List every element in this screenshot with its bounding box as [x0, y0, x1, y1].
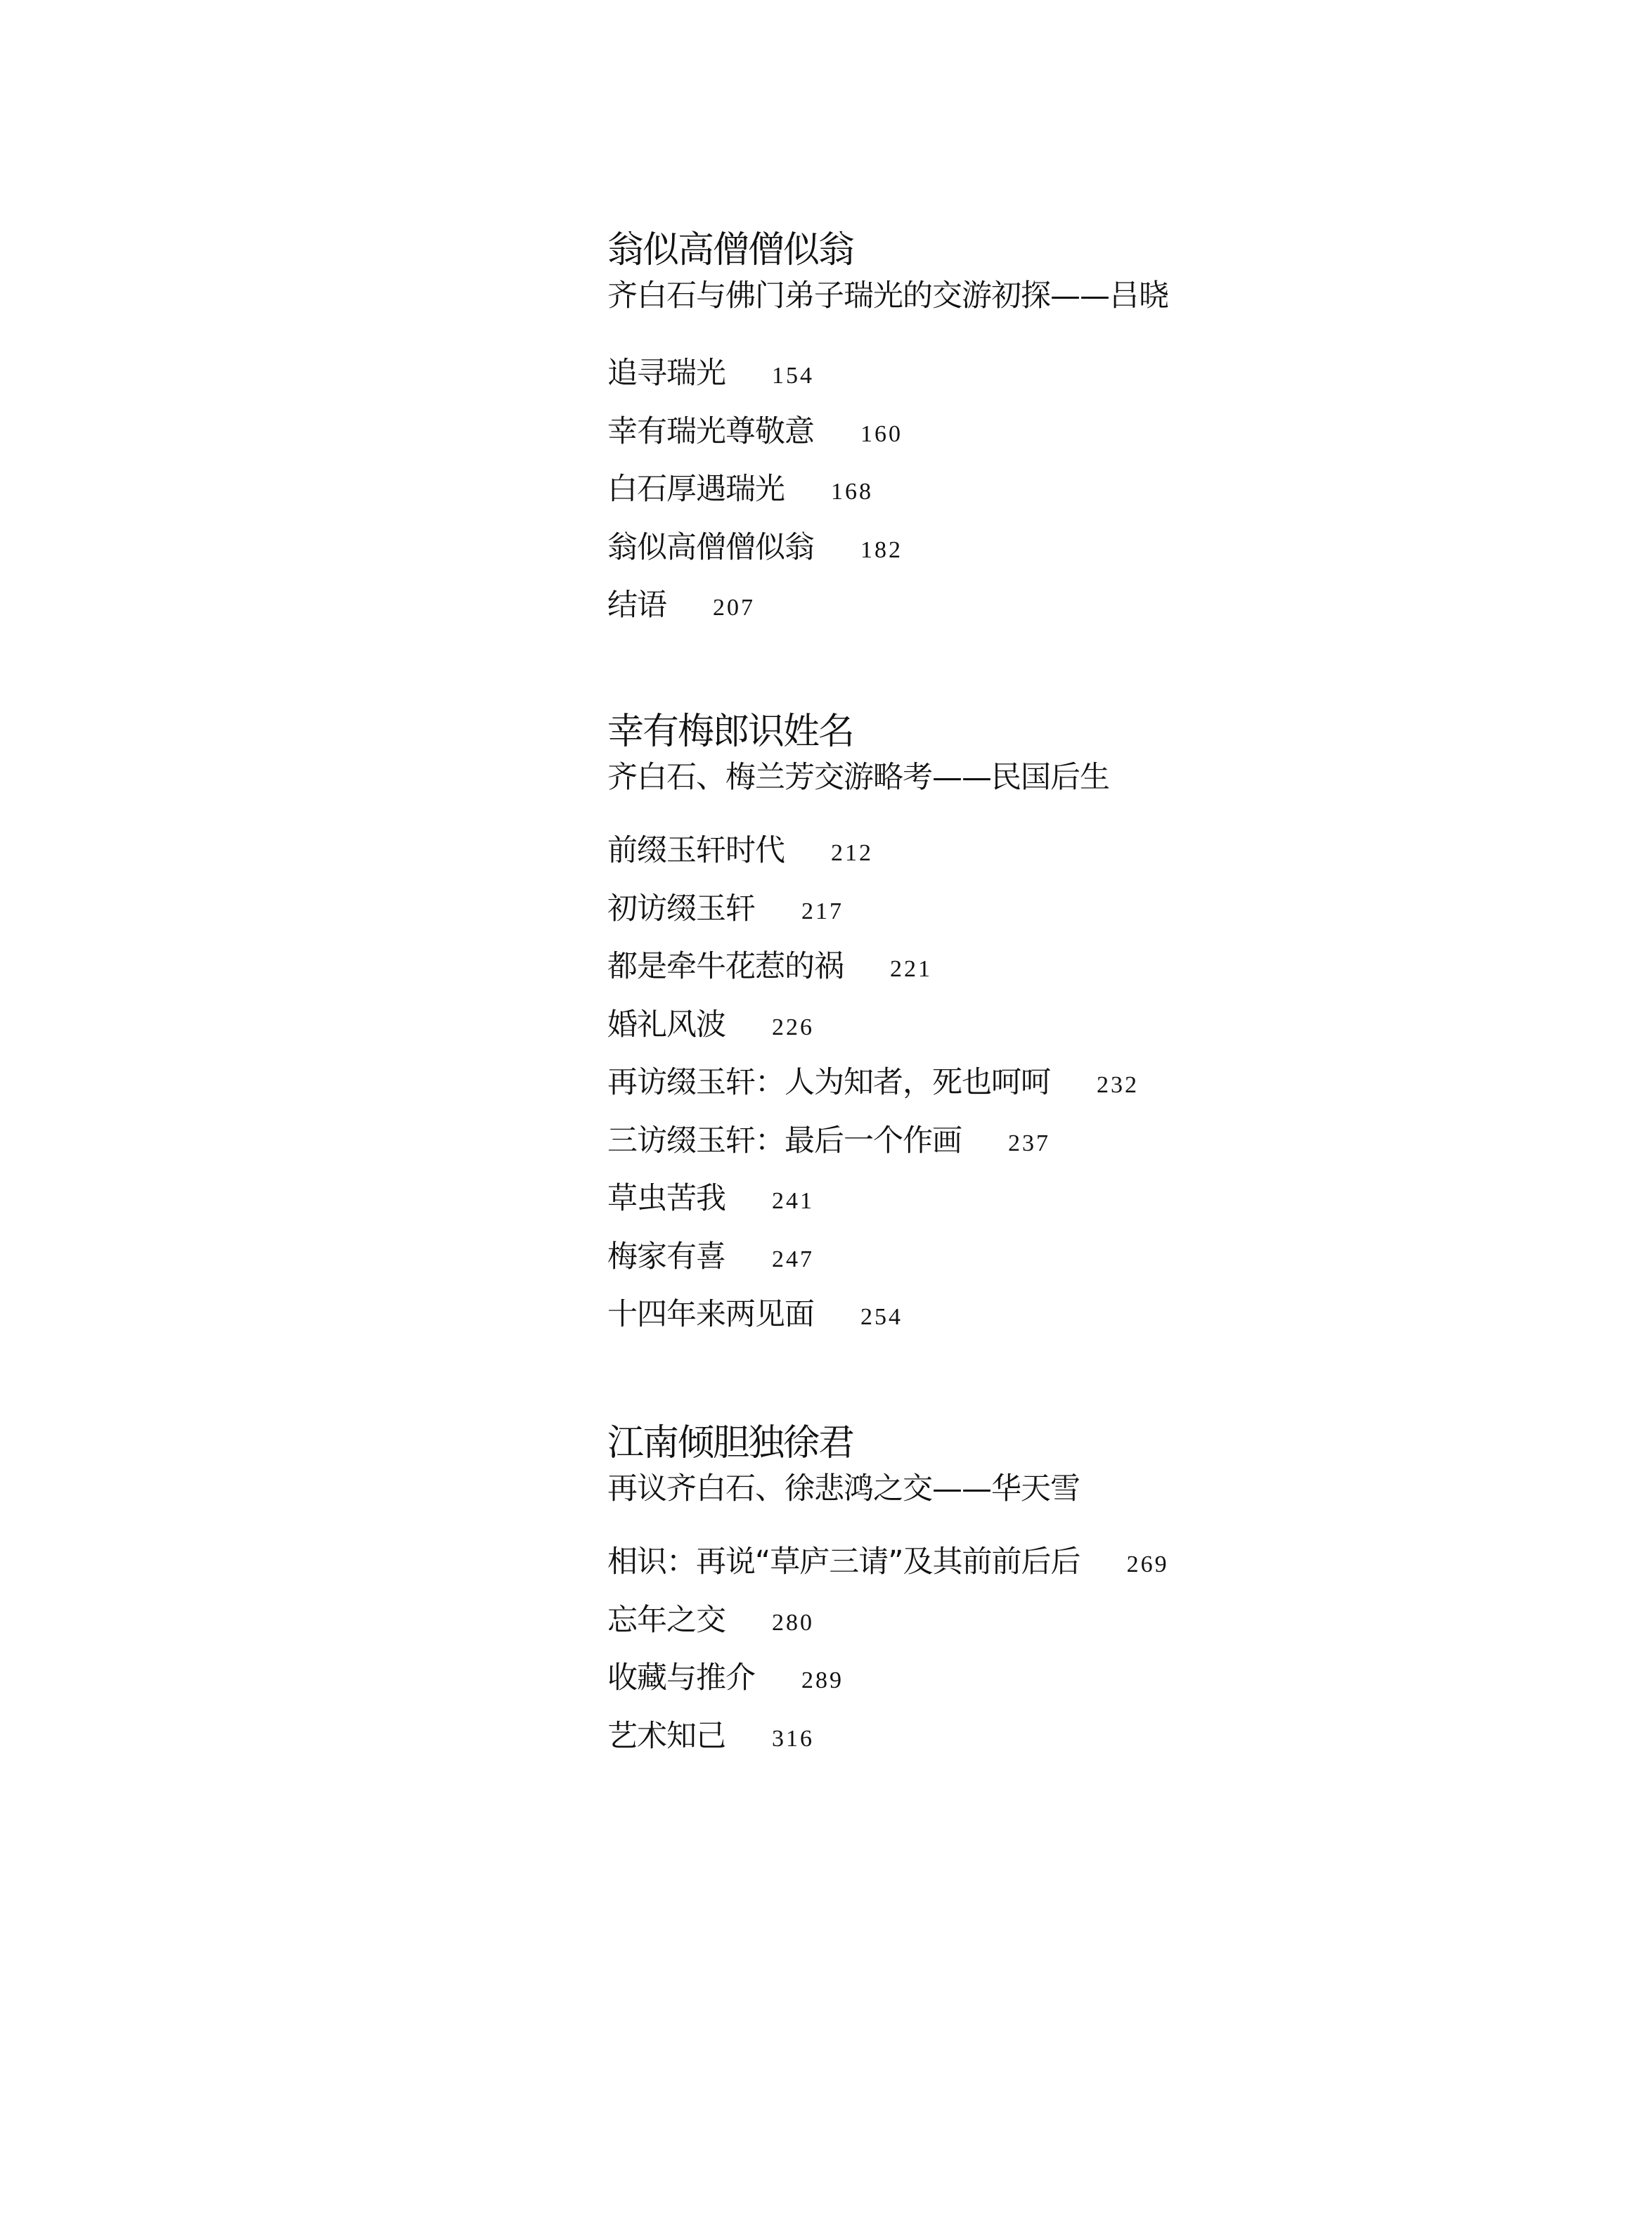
toc-entry[interactable]: 忘年之交 280 — [607, 1603, 1521, 1661]
entry-page-number: 269 — [1127, 1547, 1169, 1582]
entry-list: 相识：再说“草庐三请”及其前前后后 269 忘年之交 280 收藏与推介 289… — [607, 1544, 1521, 1776]
entry-page-number: 289 — [801, 1663, 844, 1698]
entry-page-number: 212 — [831, 836, 873, 871]
toc-entry[interactable]: 前缀玉轩时代 212 — [607, 833, 1521, 891]
toc-entry[interactable]: 幸有瑞光尊敬意 160 — [607, 414, 1521, 472]
entry-title: 幸有瑞光尊敬意 — [607, 414, 814, 449]
section-title: 江南倾胆独徐君 — [607, 1422, 1521, 1464]
entry-title: 前缀玉轩时代 — [607, 833, 785, 868]
entry-page-number: 160 — [860, 417, 903, 452]
entry-page-number: 241 — [772, 1184, 814, 1219]
entry-page-number: 168 — [831, 474, 873, 510]
entry-title: 白石厚遇瑞光 — [607, 472, 785, 507]
toc-section: 翁似高僧僧似翁 齐白石与佛门弟子瑞光的交游初探——吕晓 追寻瑞光 154 幸有瑞… — [607, 229, 1521, 646]
entry-title: 相识：再说“草庐三请”及其前前后后 — [607, 1544, 1080, 1580]
entry-page-number: 207 — [713, 590, 755, 626]
entry-title: 初访缀玉轩 — [607, 891, 755, 926]
toc-entry[interactable]: 三访缀玉轩：最后一个作画 237 — [607, 1123, 1521, 1182]
toc-entry[interactable]: 结语 207 — [607, 588, 1521, 646]
entry-page-number: 182 — [860, 533, 903, 568]
entry-list: 前缀玉轩时代 212 初访缀玉轩 217 都是牵牛花惹的祸 221 婚礼风波 2… — [607, 833, 1521, 1355]
toc-entry[interactable]: 艺术知己 316 — [607, 1719, 1521, 1777]
entry-page-number: 237 — [1008, 1126, 1050, 1161]
toc-entry[interactable]: 草虫苦我 241 — [607, 1181, 1521, 1239]
section-subtitle: 再议齐白石、徐悲鸿之交——华天雪 — [607, 1470, 1521, 1508]
entry-page-number: 226 — [772, 1010, 814, 1045]
toc-entry[interactable]: 白石厚遇瑞光 168 — [607, 472, 1521, 530]
toc-entry[interactable]: 追寻瑞光 154 — [607, 356, 1521, 414]
toc-section: 江南倾胆独徐君 再议齐白石、徐悲鸿之交——华天雪 相识：再说“草庐三请”及其前前… — [607, 1422, 1521, 1776]
section-subtitle: 齐白石与佛门弟子瑞光的交游初探——吕晓 — [607, 277, 1521, 315]
section-title: 幸有梅郎识姓名 — [607, 711, 1521, 753]
entry-title: 三访缀玉轩：最后一个作画 — [607, 1123, 962, 1158]
entry-page-number: 247 — [772, 1242, 814, 1277]
entry-title: 婚礼风波 — [607, 1007, 725, 1042]
toc-entry[interactable]: 十四年来两见面 254 — [607, 1297, 1521, 1355]
entry-title: 结语 — [607, 588, 666, 623]
toc-section: 幸有梅郎识姓名 齐白石、梅兰芳交游略考——民国后生 前缀玉轩时代 212 初访缀… — [607, 711, 1521, 1355]
entry-title: 再访缀玉轩：人为知者，死也呵呵 — [607, 1065, 1050, 1100]
entry-title: 都是牵牛花惹的祸 — [607, 949, 844, 984]
entry-list: 追寻瑞光 154 幸有瑞光尊敬意 160 白石厚遇瑞光 168 翁似高僧僧似翁 … — [607, 356, 1521, 646]
toc-entry[interactable]: 翁似高僧僧似翁 182 — [607, 530, 1521, 588]
section-subtitle: 齐白石、梅兰芳交游略考——民国后生 — [607, 758, 1521, 796]
entry-title: 十四年来两见面 — [607, 1297, 814, 1332]
section-title: 翁似高僧僧似翁 — [607, 229, 1521, 271]
entry-page-number: 254 — [860, 1300, 903, 1335]
entry-page-number: 316 — [772, 1722, 814, 1757]
toc-entry[interactable]: 婚礼风波 226 — [607, 1007, 1521, 1066]
entry-page-number: 232 — [1097, 1068, 1139, 1103]
toc-entry[interactable]: 初访缀玉轩 217 — [607, 891, 1521, 950]
entry-page-number: 217 — [801, 894, 844, 929]
entry-page-number: 221 — [890, 952, 932, 987]
entry-title: 收藏与推介 — [607, 1660, 755, 1696]
entry-page-number: 154 — [772, 359, 814, 394]
entry-title: 翁似高僧僧似翁 — [607, 530, 814, 565]
toc-entry[interactable]: 收藏与推介 289 — [607, 1660, 1521, 1719]
entry-title: 艺术知己 — [607, 1719, 725, 1754]
entry-title: 草虫苦我 — [607, 1181, 725, 1216]
toc-entry[interactable]: 相识：再说“草庐三请”及其前前后后 269 — [607, 1544, 1521, 1603]
entry-page-number: 280 — [772, 1606, 814, 1641]
entry-title: 忘年之交 — [607, 1603, 725, 1638]
entry-title: 梅家有喜 — [607, 1239, 725, 1274]
entry-title: 追寻瑞光 — [607, 356, 725, 391]
toc-entry[interactable]: 都是牵牛花惹的祸 221 — [607, 949, 1521, 1007]
toc-entry[interactable]: 梅家有喜 247 — [607, 1239, 1521, 1298]
toc-entry[interactable]: 再访缀玉轩：人为知者，死也呵呵 232 — [607, 1065, 1521, 1123]
